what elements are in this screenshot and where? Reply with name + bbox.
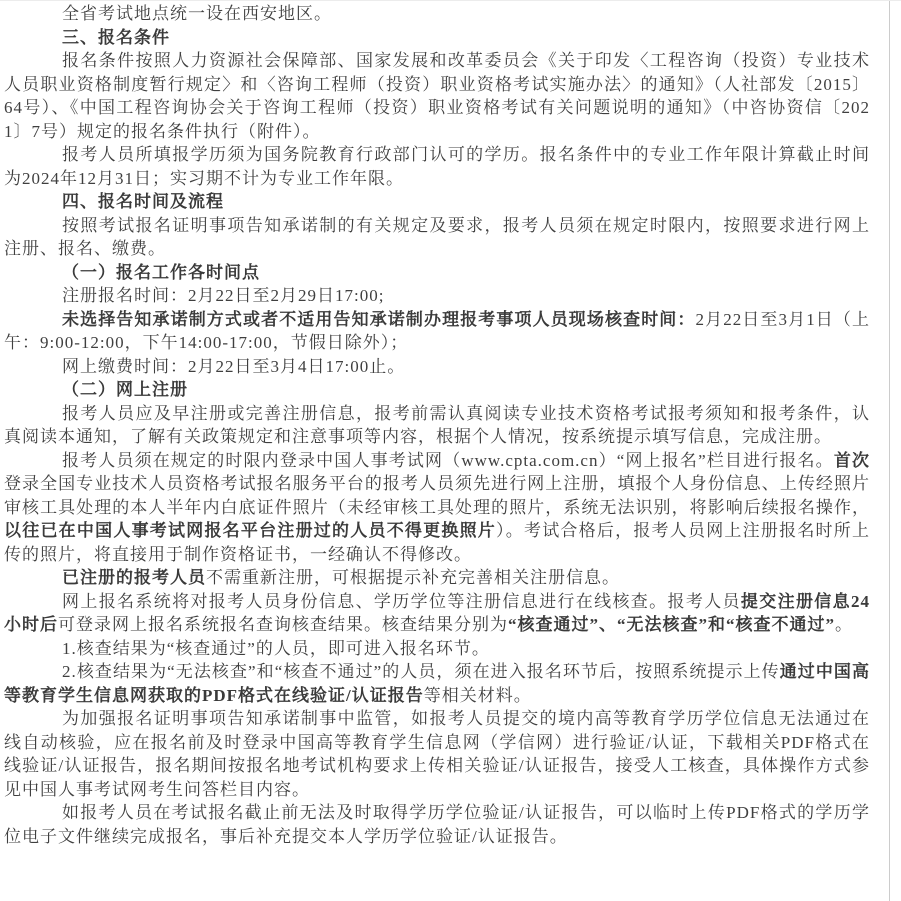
paragraph: 报考人员应及早注册或完善注册信息，报考前需认真阅读专业技术资格考试报考须知和报考… [4,402,870,449]
paragraph: 未选择告知承诺制方式或者不适用告知承诺制办理报考事项人员现场核查时间：2月22日… [4,308,870,355]
body-text: 为加强报名证明事项告知承诺制事中监管，如报考人员提交的境内高等教育学历学位信息无… [4,709,870,799]
paragraph: 注册报名时间：2月22日至2月29日17:00; [4,284,870,308]
paragraph: 报考人员所填报学历须为国务院教育行政部门认可的学历。报名条件中的专业工作年限计算… [4,143,870,190]
paragraph: 报名条件按照人力资源社会保障部、国家发展和改革委员会《关于印发〈工程咨询（投资）… [4,49,870,143]
body-text: 报考人员须在规定的时限内登录中国人事考试网（www.cpta.com.cn）“网… [62,451,834,470]
paragraph: 按照考试报名证明事项告知承诺制的有关规定及要求，报考人员须在规定时限内，按照要求… [4,214,870,261]
paragraph: 为加强报名证明事项告知承诺制事中监管，如报考人员提交的境内高等教育学历学位信息无… [4,707,870,801]
body-text: 等相关材料。 [424,686,532,705]
paragraph: 网上报名系统将对报考人员身份信息、学历学位等注册信息进行在线核查。报考人员提交注… [4,590,870,637]
emphasis-text: 以往已在中国人事考试网报名平台注册过的人员不得更换照片 [4,521,496,540]
emphasis-text: 三、报名条件 [62,28,170,47]
paragraph: 网上缴费时间：2月22日至3月4日17:00止。 [4,355,870,379]
body-text: 1.核查结果为“核查通过”的人员，即可进入报名环节。 [62,639,490,658]
body-text: 不需重新注册，可根据提示补充完善相关注册信息。 [206,568,620,587]
paragraph: 1.核查结果为“核查通过”的人员，即可进入报名环节。 [4,637,870,661]
body-text: 登录全国专业技术人员资格考试报名服务平台的报考人员须先进行网上注册，填报个人身份… [4,474,870,517]
body-text: 如报考人员在考试报名截止前无法及时取得学历学位验证/认证报告，可以临时上传PDF… [4,803,870,846]
paragraph: 报考人员须在规定的时限内登录中国人事考试网（www.cpta.com.cn）“网… [4,449,870,567]
section-heading: （二）网上注册 [4,378,870,402]
section-heading: （一）报名工作各时间点 [4,261,870,285]
notice-document: 全省考试地点统一设在西安地区。三、报名条件报名条件按照人力资源社会保障部、国家发… [4,2,870,848]
paragraph: 2.核查结果为“无法核查”和“核查不通过”的人员，须在进入报名环节后，按照系统提… [4,660,870,707]
emphasis-text: “核查通过”、“无法核查”和“核查不通过” [508,615,835,634]
section-heading: 四、报名时间及流程 [4,190,870,214]
body-text: 。 [835,615,853,634]
paragraph: 已注册的报考人员不需重新注册，可根据提示补充完善相关注册信息。 [4,566,870,590]
emphasis-text: 四、报名时间及流程 [62,192,224,211]
emphasis-text: 已注册的报考人员 [62,568,206,587]
body-text: 2.核查结果为“无法核查”和“核查不通过”的人员，须在进入报名环节后，按照系统提… [62,662,780,681]
body-text: 报考人员所填报学历须为国务院教育行政部门认可的学历。报名条件中的专业工作年限计算… [4,145,870,188]
page-right-border [889,1,890,901]
paragraph: 如报考人员在考试报名截止前无法及时取得学历学位验证/认证报告，可以临时上传PDF… [4,801,870,848]
body-text: 全省考试地点统一设在西安地区。 [62,4,332,23]
body-text: 可登录网上报名系统报名查询核查结果。核查结果分别为 [58,615,508,634]
emphasis-text: （二）网上注册 [62,380,188,399]
body-text: 注册报名时间：2月22日至2月29日17:00; [62,286,384,305]
section-heading: 三、报名条件 [4,26,870,50]
body-text: 报名条件按照人力资源社会保障部、国家发展和改革委员会《关于印发〈工程咨询（投资）… [4,51,870,141]
body-text: 网上缴费时间：2月22日至3月4日17:00止。 [62,357,405,376]
emphasis-text: 首次 [834,451,870,470]
emphasis-text: （一）报名工作各时间点 [62,263,260,282]
paragraph: 全省考试地点统一设在西安地区。 [4,2,870,26]
body-text: 报考人员应及早注册或完善注册信息，报考前需认真阅读专业技术资格考试报考须知和报考… [4,404,870,447]
emphasis-text: 未选择告知承诺制方式或者不适用告知承诺制办理报考事项人员现场核查时间： [62,310,696,329]
body-text: 按照考试报名证明事项告知承诺制的有关规定及要求，报考人员须在规定时限内，按照要求… [4,216,870,259]
body-text: 网上报名系统将对报考人员身份信息、学历学位等注册信息进行在线核查。报考人员 [62,592,741,611]
notice-page: 全省考试地点统一设在西安地区。三、报名条件报名条件按照人力资源社会保障部、国家发… [0,0,901,901]
